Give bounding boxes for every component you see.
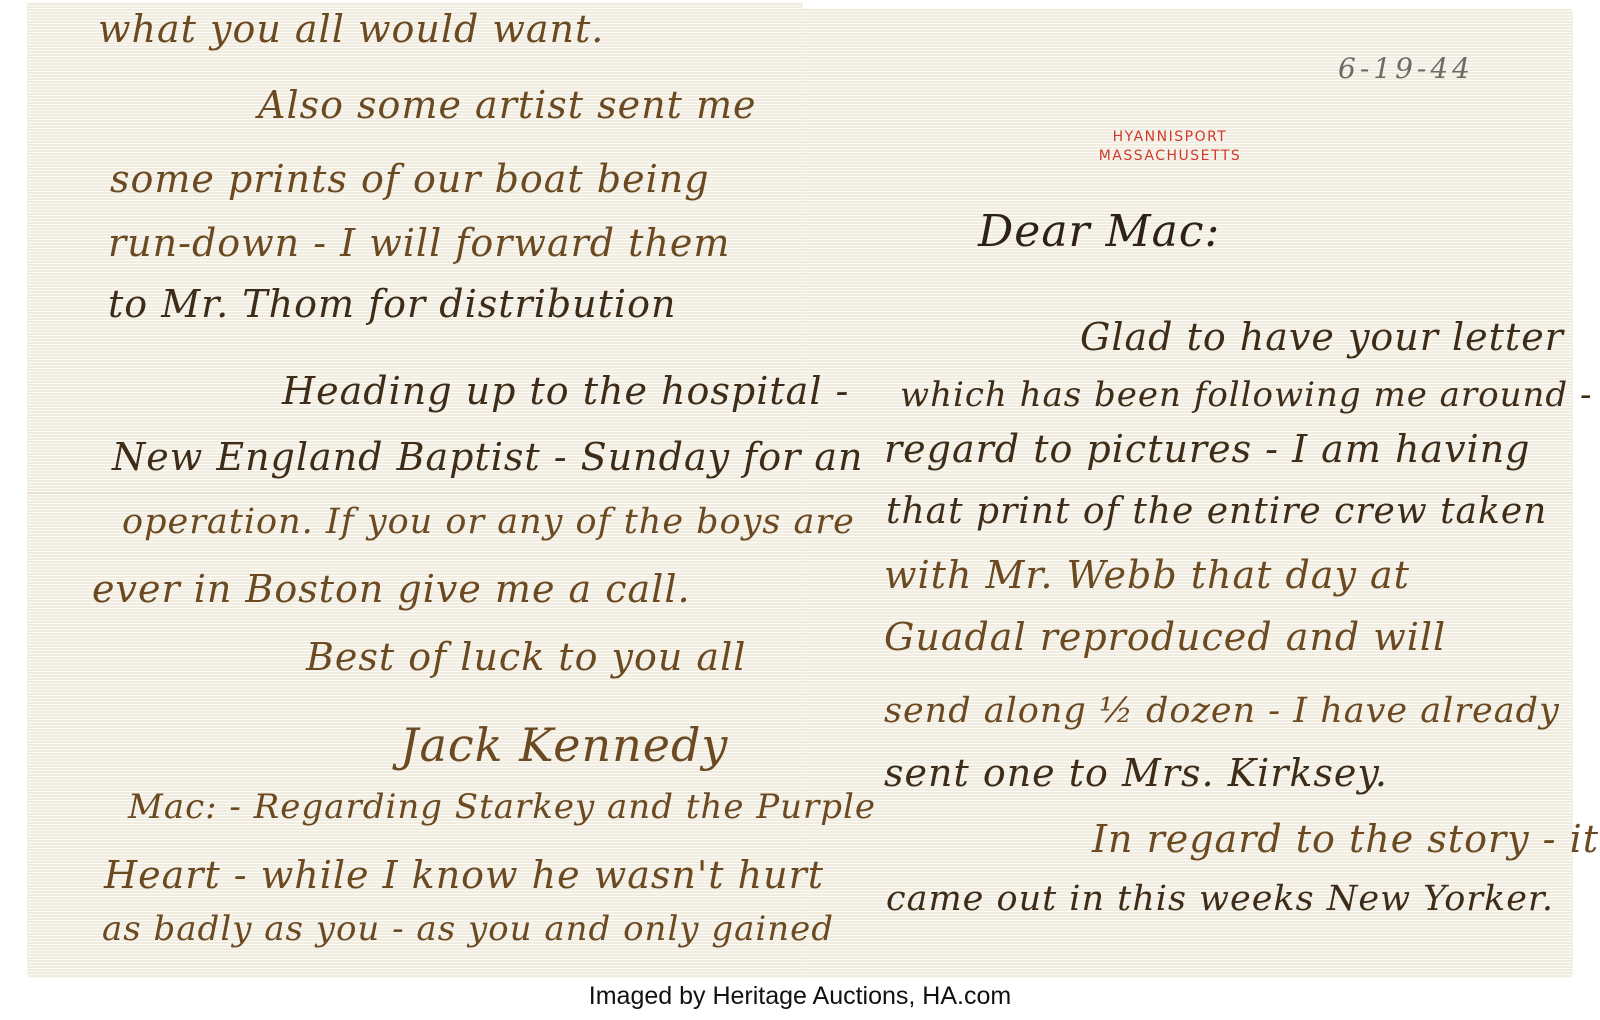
letter-page-left <box>27 2 801 978</box>
postscript-line: Mac: - Regarding Starkey and the Purple <box>128 790 876 824</box>
handwritten-line: New England Baptist - Sunday for an <box>112 438 864 476</box>
letterhead-town: HYANNISPORT <box>1082 128 1258 147</box>
letterhead-state: MASSACHUSETTS <box>1082 147 1258 166</box>
handwritten-line: Guadal reproduced and will <box>884 618 1446 656</box>
handwritten-line: run-down - I will forward them <box>108 224 730 262</box>
letterhead: HYANNISPORT MASSACHUSETTS <box>1082 128 1258 166</box>
handwritten-line: with Mr. Webb that day at <box>884 556 1410 594</box>
handwritten-line: Glad to have your letter <box>1080 318 1564 356</box>
handwritten-line: to Mr. Thom for distribution <box>108 285 676 323</box>
signature: Jack Kennedy <box>400 722 728 768</box>
letter-date: 6-19-44 <box>1338 52 1474 85</box>
handwritten-line: operation. If you or any of the boys are <box>122 505 855 540</box>
handwritten-line: send along ½ dozen - I have already <box>884 694 1560 729</box>
handwritten-line: Also some artist sent me <box>258 86 756 124</box>
page-seam <box>801 2 803 978</box>
handwritten-line: ever in Boston give me a call. <box>92 570 691 608</box>
handwritten-line: regard to pictures - I am having <box>884 430 1531 468</box>
handwritten-line: some prints of our boat being <box>110 160 710 198</box>
handwritten-line: Heading up to the hospital - <box>282 372 849 410</box>
handwritten-line: which has been following me around - In <box>900 378 1600 412</box>
salutation: Dear Mac: <box>978 210 1220 254</box>
handwritten-line: that print of the entire crew taken <box>886 494 1547 530</box>
handwritten-line: In regard to the story - it <box>1092 820 1599 858</box>
handwritten-line: Best of luck to you all <box>306 638 746 676</box>
handwritten-line: sent one to Mrs. Kirksey. <box>884 754 1388 792</box>
image-credit: Imaged by Heritage Auctions, HA.com <box>0 978 1600 1014</box>
handwritten-line: what you all would want. <box>98 10 604 48</box>
handwritten-line: came out in this weeks New Yorker. <box>886 882 1554 917</box>
postscript-line: Heart - while I know he wasn't hurt <box>104 856 824 894</box>
postscript-line: as badly as you - as you and only gained <box>102 912 834 946</box>
